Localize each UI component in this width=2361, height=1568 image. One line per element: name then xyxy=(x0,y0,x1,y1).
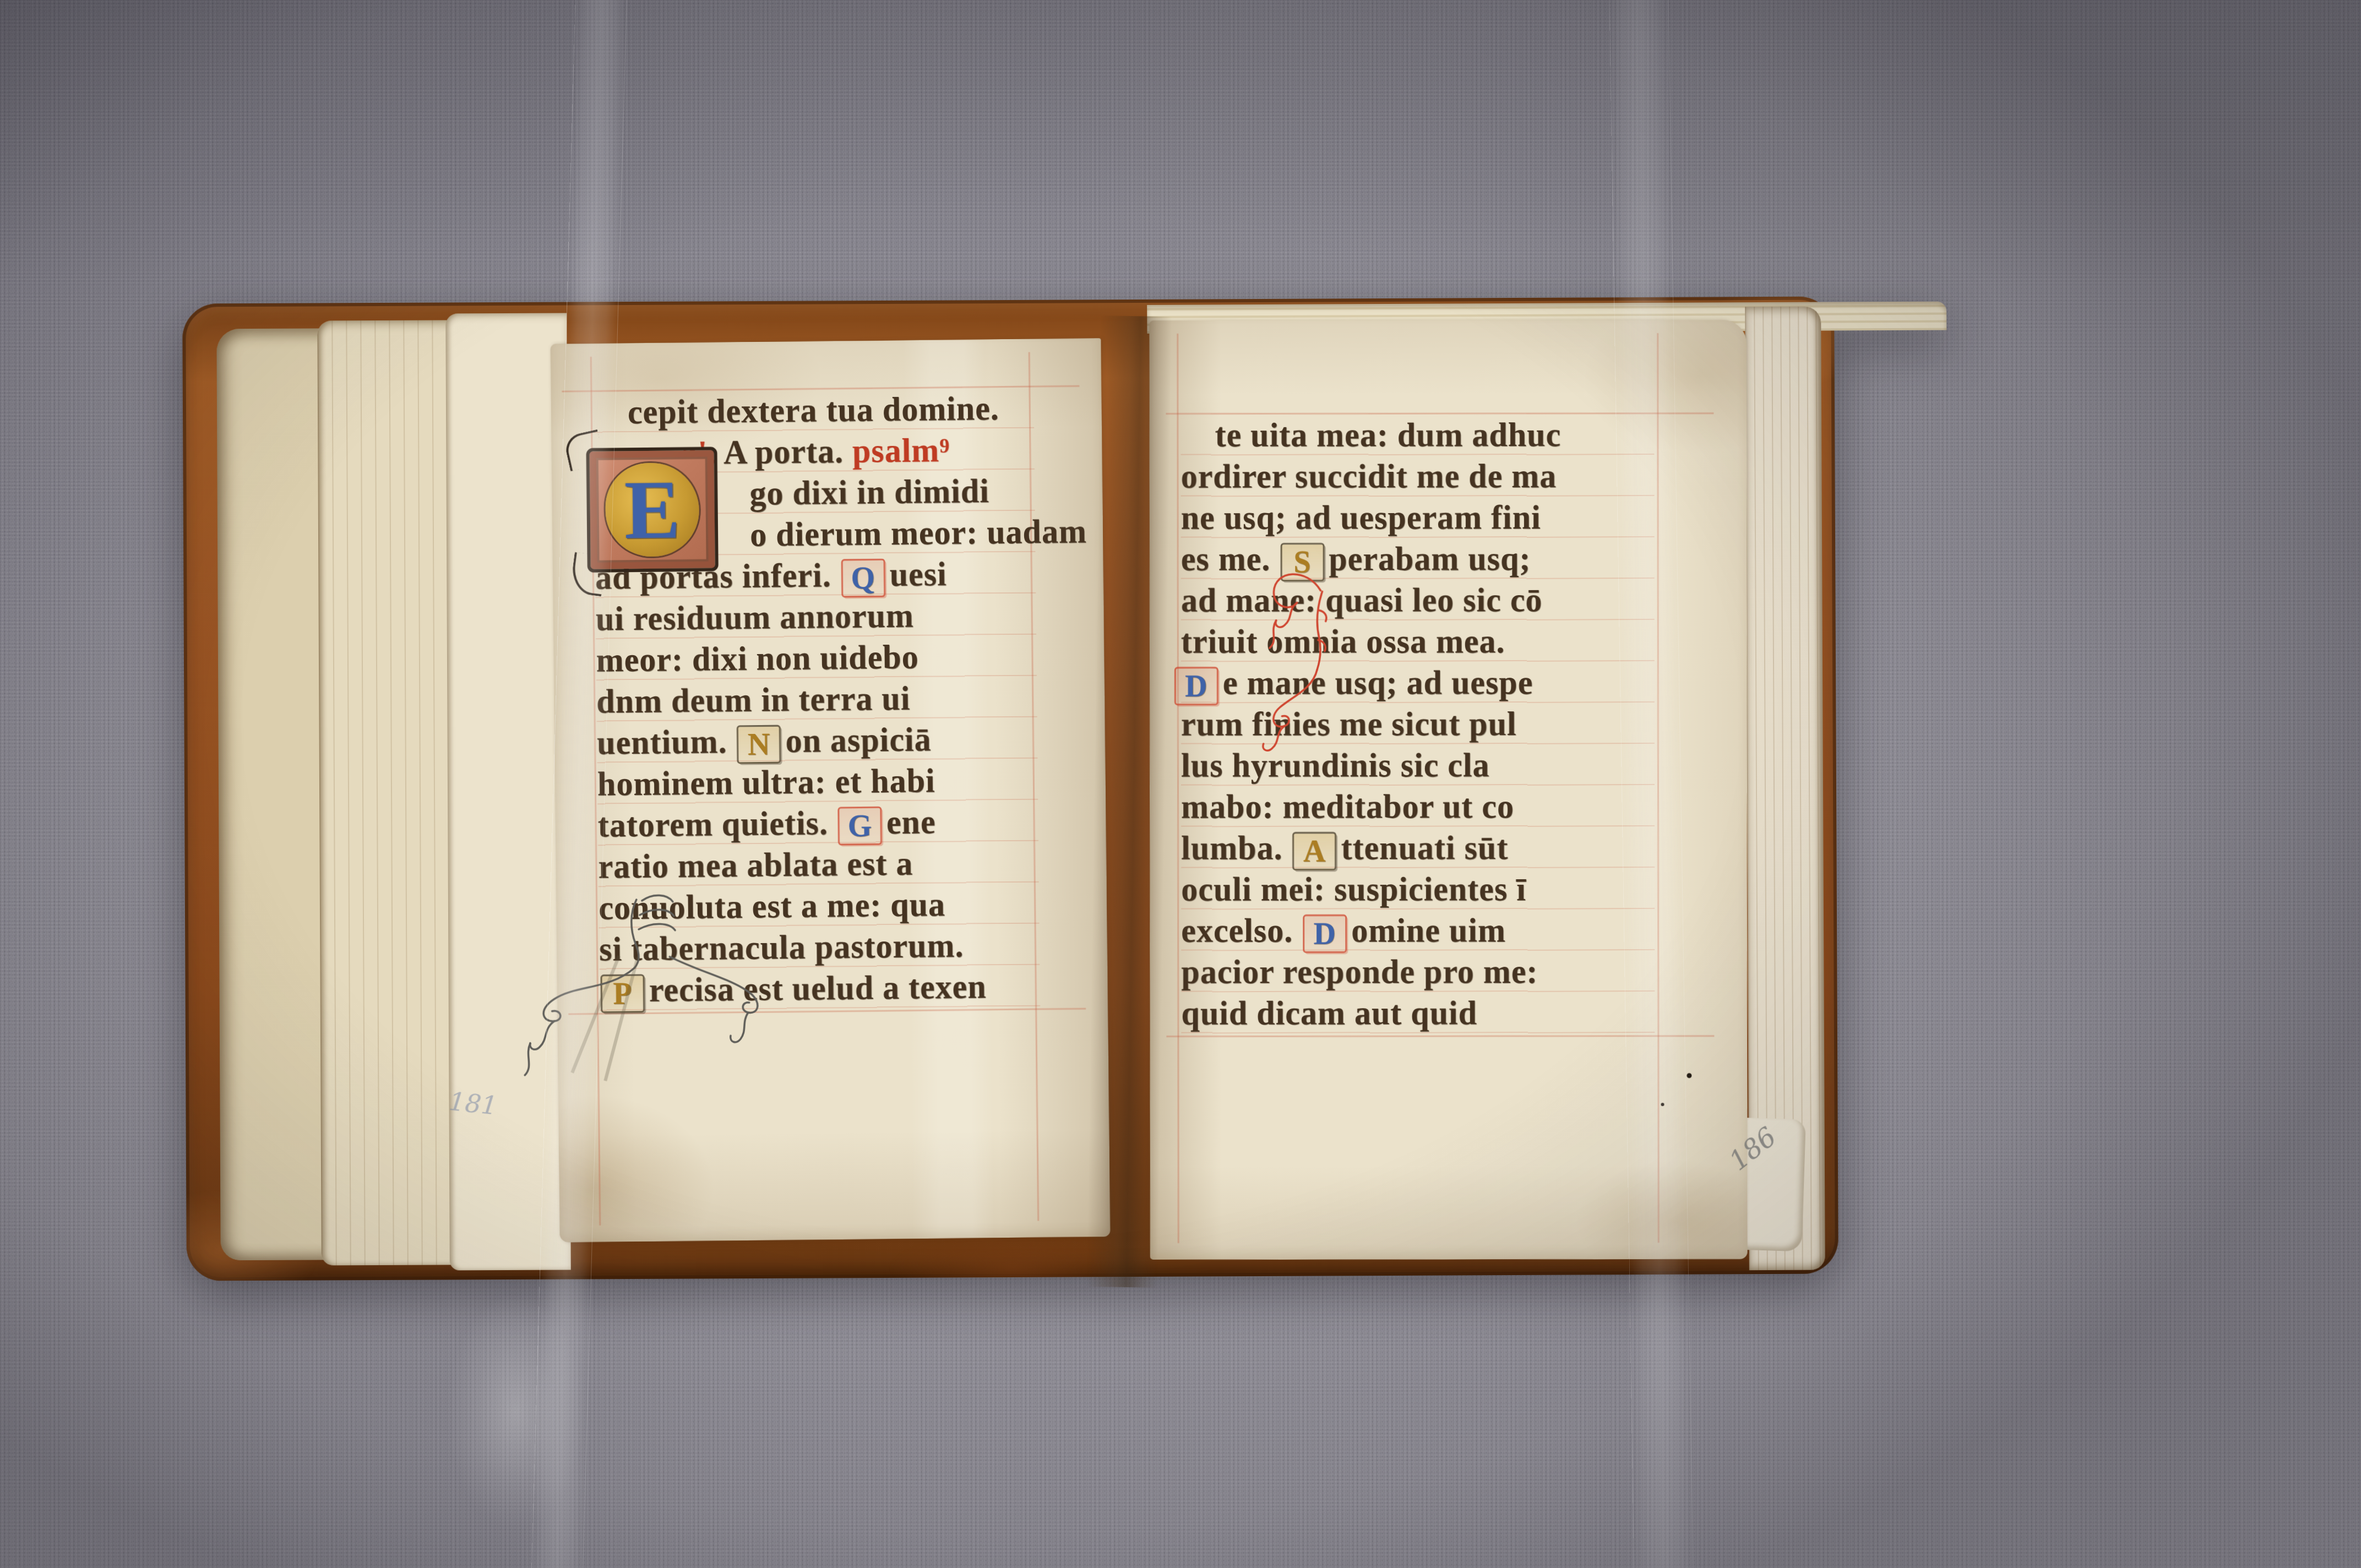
text-run: ui residuum annorum xyxy=(595,597,914,638)
manuscript-text-line: te uita mea: dum adhuc xyxy=(1180,413,1654,456)
text-run: te uita mea: dum adhuc xyxy=(1215,416,1561,454)
text-run: conuoluta est a me: qua xyxy=(599,885,945,927)
text-run: cepit dextera tua domine. xyxy=(627,389,999,431)
manuscript-text-line: es me. Sperabam usq; xyxy=(1181,537,1655,580)
manuscript-text-line: oculi mei: suspicientes ī xyxy=(1181,868,1655,911)
manuscript-text-line: lus hyrundinis sic cla xyxy=(1181,744,1655,787)
manuscript-text-line: uentium. Non aspiciā xyxy=(597,717,1038,764)
text-run: rum finies me sicut pul xyxy=(1181,705,1517,743)
text-run: triuit omnia ossa mea. xyxy=(1181,623,1505,660)
manuscript-text-line: rum finies me sicut pul xyxy=(1181,703,1655,745)
decorated-initial: S xyxy=(1280,543,1324,581)
left-page: cepit dextera tua domine.a'. A porta. ps… xyxy=(550,338,1110,1242)
text-run: si tabernacula pastorum. xyxy=(599,927,964,968)
text-run: meor: dixi non uidebo xyxy=(596,638,919,679)
manuscript-text-line: ad mane: quasi leo sic cō xyxy=(1181,579,1655,622)
manuscript-text-line: dnm deum in terra ui xyxy=(596,676,1037,723)
text-run: omine uim xyxy=(1351,912,1506,949)
text-run: pacior responde pro me: xyxy=(1181,953,1538,991)
text-run: lumba. xyxy=(1181,829,1291,867)
text-run: A porta. xyxy=(716,432,852,471)
manuscript-text-line: meor: dixi non uidebo xyxy=(596,634,1037,682)
manuscript-text-line: excelso. Domine uim xyxy=(1181,909,1655,952)
manuscript-text-line: pacior responde pro me: xyxy=(1181,950,1655,993)
ink-speck xyxy=(1687,1073,1691,1078)
text-run: ratio mea ablata est a xyxy=(598,845,913,885)
manuscript-text-line: De mane usq; ad uespe xyxy=(1173,661,1655,704)
text-run: ad mane: quasi leo sic cō xyxy=(1181,581,1543,619)
text-run: perabam usq; xyxy=(1329,540,1531,578)
text-run: ene xyxy=(886,803,935,841)
text-run: quid dicam aut quid xyxy=(1181,994,1477,1032)
text-run: dnm deum in terra ui xyxy=(596,679,911,720)
manuscript-text-line: ratio mea ablata est a xyxy=(598,841,1039,888)
manuscript-text-line: ordirer succidit me de ma xyxy=(1180,455,1654,498)
text-run: e mane usq; ad uespe xyxy=(1223,664,1533,701)
text-run: recisa est uelud a texen xyxy=(649,968,986,1009)
text-run: uesi xyxy=(889,555,947,593)
manuscript-text-line: conuoluta est a me: qua xyxy=(599,882,1040,929)
text-run: oculi mei: suspicientes ī xyxy=(1181,870,1526,908)
ruling-line-vertical xyxy=(1177,334,1179,1243)
manuscript-text-line: ui residuum annorum xyxy=(595,593,1036,640)
manuscript-text-line: hominem ultra: et habi xyxy=(597,758,1038,805)
text-run: hominem ultra: et habi xyxy=(597,762,935,803)
text-run: on aspiciā xyxy=(785,721,932,760)
manuscript-text-line: ne usq; ad uesperam fini xyxy=(1181,496,1655,539)
photo-scene: cepit dextera tua domine.a'. A porta. ps… xyxy=(0,0,2361,1568)
manuscript-text-line: triuit omnia ossa mea. xyxy=(1181,620,1655,663)
text-run: tatorem quietis. xyxy=(597,804,837,844)
decorated-initial: D xyxy=(1303,914,1347,953)
text-run: o dierum meor: uadam xyxy=(750,513,1087,553)
decorated-initial: Q xyxy=(841,559,885,598)
decorated-initial: P xyxy=(600,974,645,1013)
text-run: lus hyrundinis sic cla xyxy=(1181,747,1490,784)
manuscript-text-line: Precisa est uelud a texen xyxy=(599,965,1040,1012)
manuscript-text-line: tatorem quietis. Gene xyxy=(597,799,1038,847)
manuscript-text-block: te uita mea: dum adhucordirer succidit m… xyxy=(1180,413,1655,1036)
rubric-run: psalm⁹ xyxy=(852,431,950,470)
white-lint-highlight xyxy=(447,1294,585,1531)
text-run: excelso. xyxy=(1181,912,1302,949)
text-run: go dixi in dimidi xyxy=(749,472,989,512)
decorated-initial: D xyxy=(1174,667,1218,705)
decorated-initial: N xyxy=(737,725,781,764)
text-run: es me. xyxy=(1181,540,1280,578)
manuscript-book: cepit dextera tua domine.a'. A porta. ps… xyxy=(182,296,1838,1281)
manuscript-text-line: si tabernacula pastorum. xyxy=(599,923,1040,971)
text-run: ne usq; ad uesperam fini xyxy=(1181,499,1541,537)
gutter-shadow xyxy=(1087,315,1172,1288)
manuscript-text-line: lumba. Attenuati sūt xyxy=(1181,826,1655,869)
text-run: mabo: meditabor ut co xyxy=(1181,788,1514,826)
manuscript-text-line: cepit dextera tua domine. xyxy=(593,387,1034,434)
text-run: ttenuati sūt xyxy=(1341,829,1508,867)
text-run: ordirer succidit me de ma xyxy=(1180,457,1557,495)
text-run: uentium. xyxy=(597,722,736,761)
decorated-initial: A xyxy=(1292,832,1336,870)
manuscript-text-line: mabo: meditabor ut co xyxy=(1181,785,1655,828)
manuscript-text-line: quid dicam aut quid xyxy=(1181,992,1655,1035)
folio-number-pencil-faint: 181 xyxy=(448,1086,499,1121)
decorated-initial: G xyxy=(837,807,882,846)
